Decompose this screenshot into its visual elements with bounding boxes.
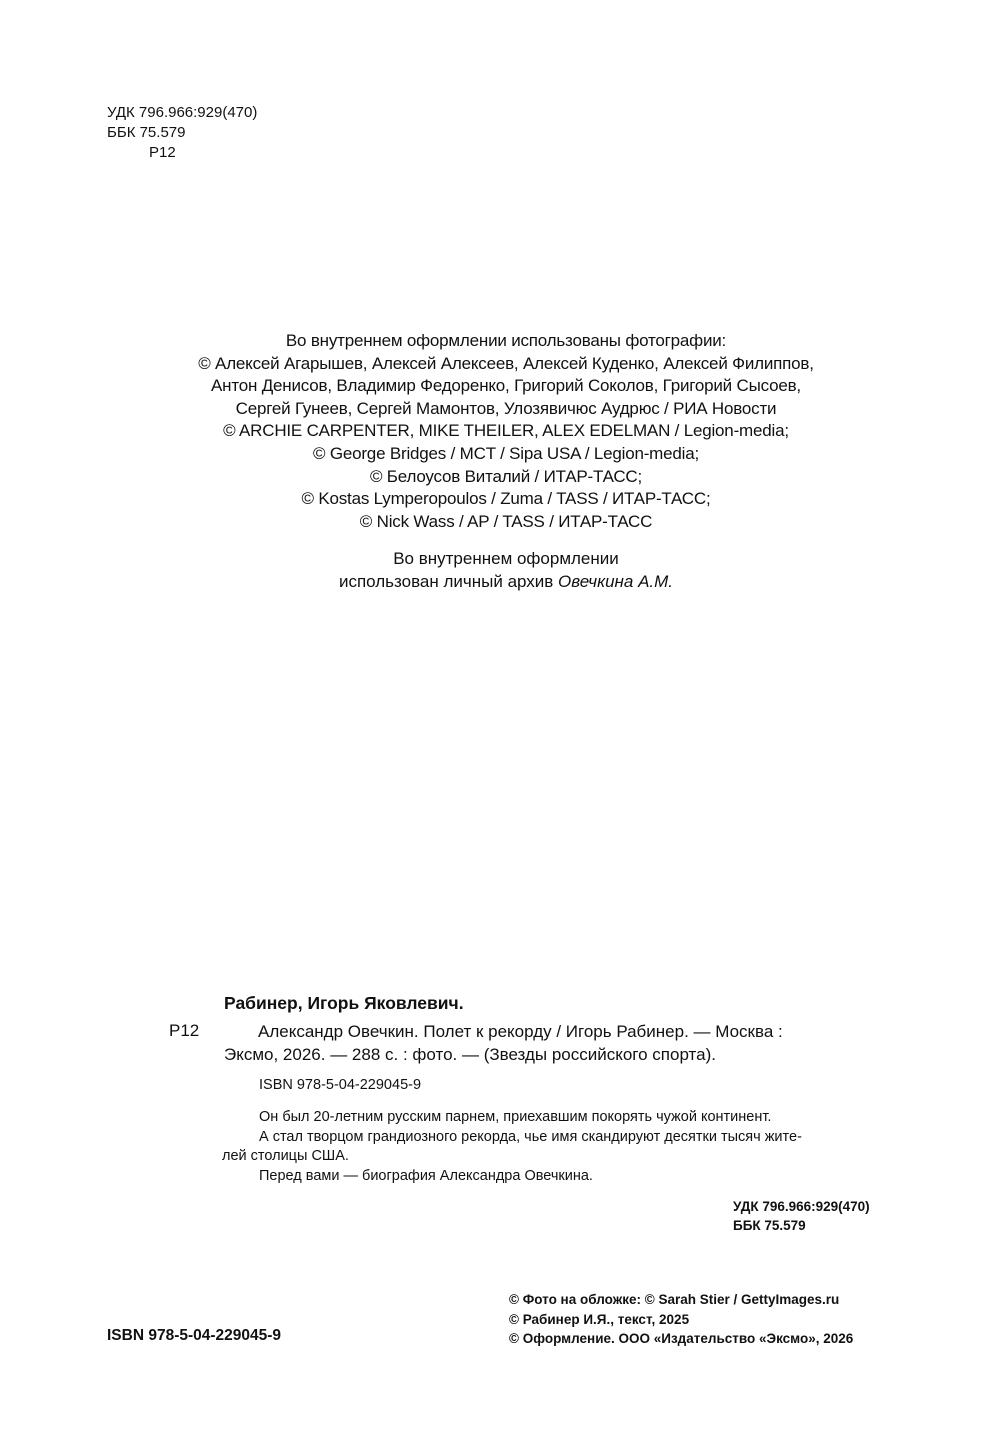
annotation-line: Перед вами — биография Александра Овечки… [222,1167,912,1187]
annotation-line: А стал творцом грандиозного рекорда, чье… [222,1128,912,1148]
photo-credits: Во внутреннем оформлении использованы фо… [0,330,986,533]
isbn-footer: ISBN 978-5-04-229045-9 [107,1326,281,1346]
credits-line: © ARCHIE CARPENTER, MIKE THEILER, ALEX E… [0,420,986,443]
record-isbn: ISBN 978-5-04-229045-9 [259,1076,421,1094]
record-title-line: Александр Овечкин. Полет к рекорду / Иго… [224,1020,904,1043]
annotation-line: Он был 20-летним русским парнем, приехав… [222,1108,912,1128]
record-body: Александр Овечкин. Полет к рекорду / Иго… [224,1020,904,1066]
record-publisher-line: Эксмо, 2026. — 288 с. : фото. — (Звезды … [224,1043,904,1066]
credits-line: Антон Денисов, Владимир Федоренко, Григо… [0,375,986,398]
credits-line: © George Bridges / MCT / Sipa USA / Legi… [0,443,986,466]
udk-code: УДК 796.966:929(470) [107,103,257,123]
archive-note: Во внутреннем оформлении использован лич… [0,547,986,593]
bbk-code: ББК 75.579 [733,1216,870,1235]
copyright-cover-photo: © Фото на обложке: © Sarah Stier / Getty… [509,1290,853,1310]
annotation-line: лей столицы США. [222,1147,912,1167]
author-mark: Р12 [107,143,257,163]
credits-line: © Алексей Агарышев, Алексей Алексеев, Ал… [0,353,986,376]
record-author: Рабинер, Игорь Яковлевич. [224,992,464,1014]
classification-top: УДК 796.966:929(470) ББК 75.579 Р12 [107,103,257,163]
credits-line: © Nick Wass / AP / TASS / ИТАР-ТАСС [0,511,986,534]
archive-line-1: Во внутреннем оформлении [0,547,986,570]
copyright-text: © Рабинер И.Я., текст, 2025 [509,1310,853,1330]
record-author-mark: Р12 [169,1020,199,1042]
bbk-code: ББК 75.579 [107,123,257,143]
copyrights: © Фото на обложке: © Sarah Stier / Getty… [509,1290,853,1349]
credits-line: © Белоусов Виталий / ИТАР-ТАСС; [0,466,986,489]
archive-line-2: использован личный архив Овечкина А.М. [0,570,986,593]
credits-heading: Во внутреннем оформлении использованы фо… [0,330,986,353]
credits-line: © Kostas Lymperopoulos / Zuma / TASS / И… [0,488,986,511]
credits-line: Сергей Гунеев, Сергей Мамонтов, Улозявич… [0,398,986,421]
archive-text: использован личный архив [339,572,558,591]
classification-bottom: УДК 796.966:929(470) ББК 75.579 [733,1197,870,1235]
udk-code: УДК 796.966:929(470) [733,1197,870,1216]
annotation: Он был 20-летним русским парнем, приехав… [222,1108,912,1186]
archive-owner: Овечкина А.М. [558,572,673,591]
copyright-design: © Оформление. ООО «Издательство «Эксмо»,… [509,1329,853,1349]
